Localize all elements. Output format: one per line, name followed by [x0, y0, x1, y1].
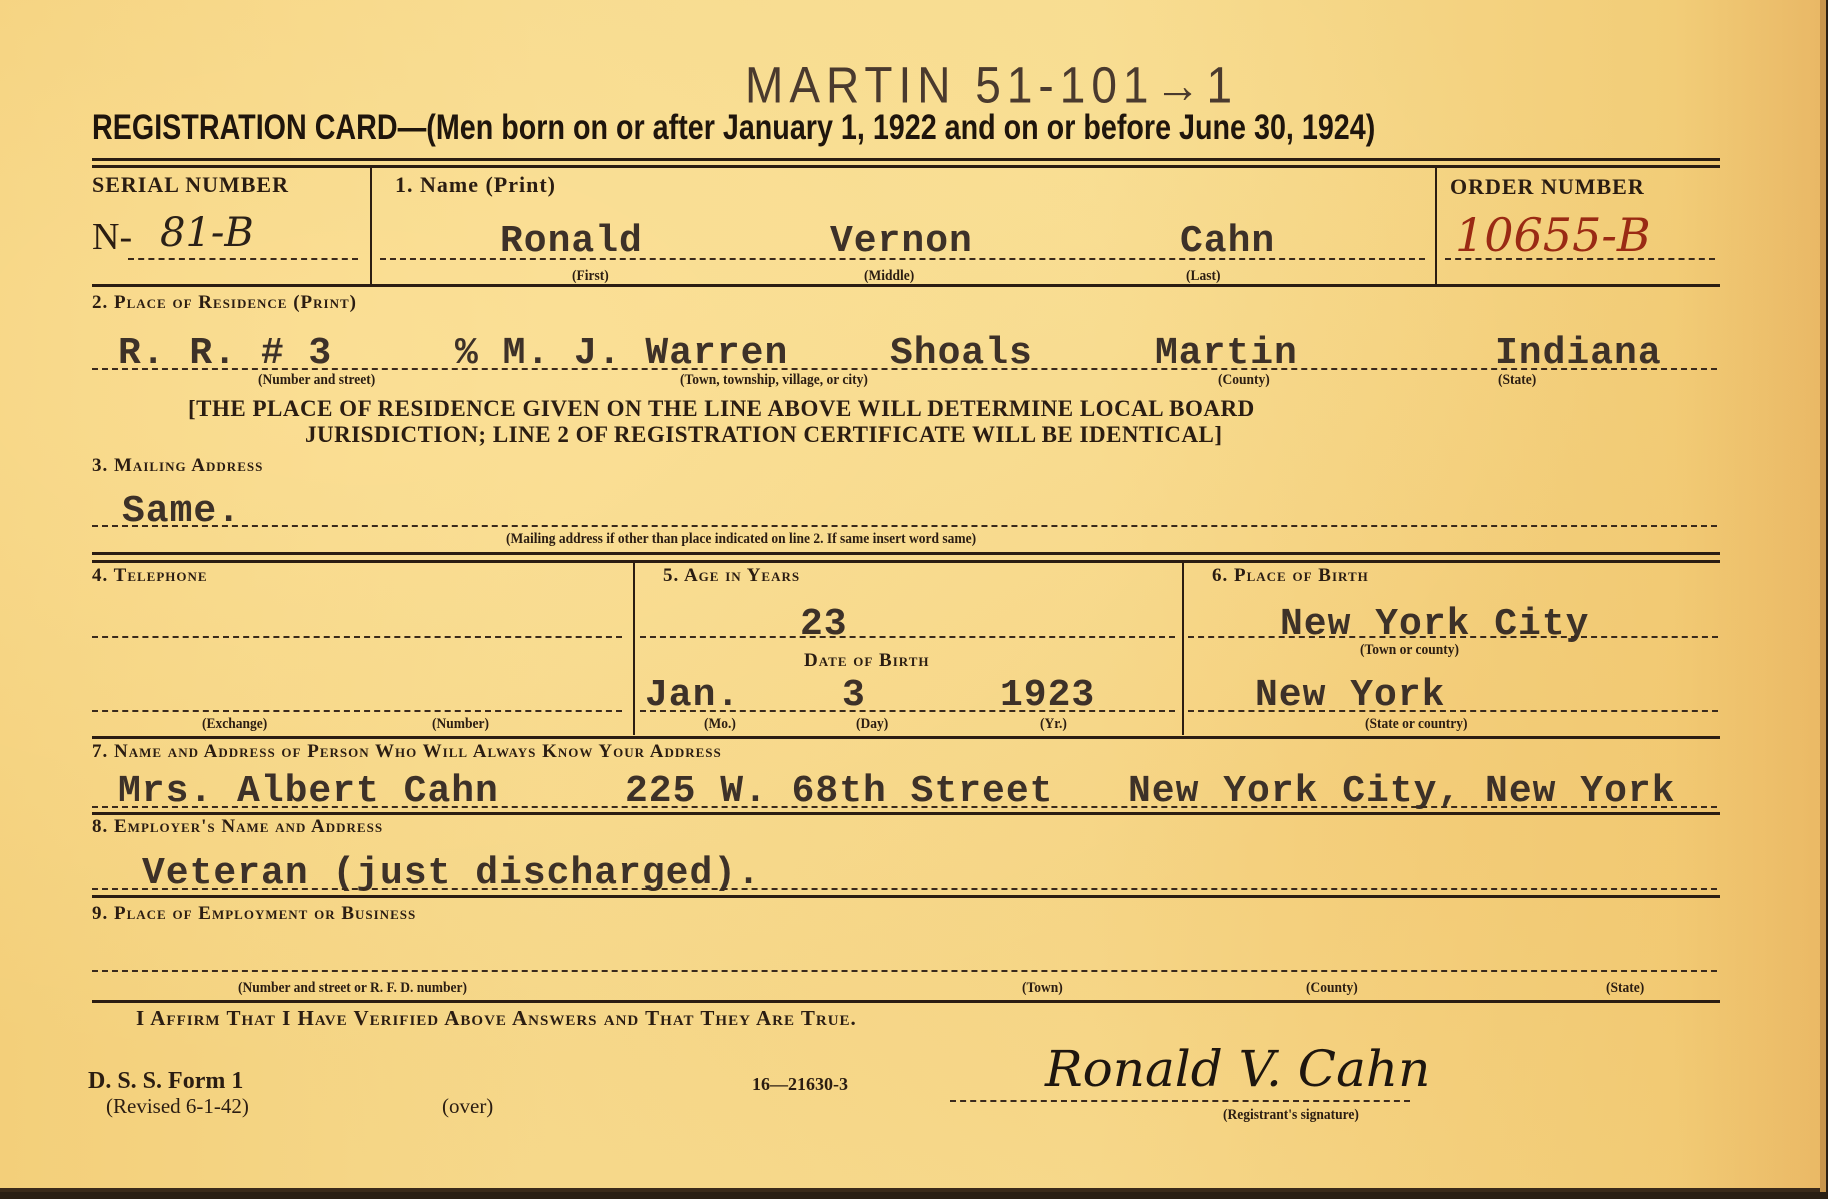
divider: [633, 563, 635, 735]
month-caption: (Mo.): [704, 716, 736, 733]
birthplace-state-line: [1188, 710, 1718, 712]
row-rule: [92, 812, 1720, 815]
top-rule: [92, 158, 1720, 161]
number-caption: (Number): [432, 716, 489, 733]
serial-prefix: N-: [92, 215, 132, 259]
row-rule: [92, 1000, 1720, 1003]
age-value: 23: [800, 603, 848, 646]
year-caption: (Yr.): [1040, 716, 1067, 733]
exchange-caption: (Exchange): [202, 716, 267, 733]
row-rule: [92, 552, 1720, 555]
registrant-signature: Ronald V. Cahn: [1045, 1040, 1430, 1098]
row-rule: [92, 284, 1720, 287]
mailing-line: [92, 525, 1717, 527]
mailing-label: 3. Mailing Address: [92, 455, 263, 477]
order-number-label: ORDER NUMBER: [1450, 174, 1645, 200]
form-number: D. S. S. Form 1: [88, 1068, 243, 1095]
registration-card: MARTIN 51-101→1 REGISTRATION CARD—(Men b…: [0, 0, 1826, 1192]
row-rule: [92, 736, 1720, 739]
serial-number-label: SERIAL NUMBER: [92, 172, 289, 198]
age-line: [640, 636, 1175, 638]
dob-line: [640, 710, 1175, 712]
jurisdiction-notice-line1: [THE PLACE OF RESIDENCE GIVEN ON THE LIN…: [188, 396, 1255, 422]
card-bottom-edge: [0, 1188, 1820, 1192]
last-name: Cahn: [1180, 220, 1275, 263]
mailing-caption: (Mailing address if other than place ind…: [506, 531, 976, 548]
employment-town-caption: (Town): [1022, 980, 1063, 997]
telephone-line-2: [92, 710, 622, 712]
state-caption: (State): [1498, 372, 1536, 389]
print-code: 16—21630-3: [752, 1074, 848, 1095]
jurisdiction-notice-line2: JURISDICTION; LINE 2 OF REGISTRATION CER…: [305, 422, 1223, 448]
row-rule-2: [92, 560, 1720, 563]
town-caption: (Town, township, village, or city): [680, 372, 868, 389]
employer-label: 8. Employer's Name and Address: [92, 816, 383, 838]
serial-number-value: 81-B: [160, 210, 254, 256]
first-name: Ronald: [500, 220, 643, 263]
birthplace-town-caption: (Town or county): [1360, 642, 1459, 659]
contact-label: 7. Name and Address of Person Who Will A…: [92, 741, 722, 763]
county-stamp: MARTIN 51-101→1: [745, 55, 1238, 114]
age-label: 5. Age in Years: [663, 565, 800, 587]
over-note: (over): [442, 1094, 493, 1119]
card-title: REGISTRATION CARD—(Men born on or after …: [92, 108, 1375, 148]
day-caption: (Day): [856, 716, 888, 733]
employment-county-caption: (County): [1306, 980, 1358, 997]
middle-name: Vernon: [830, 220, 973, 263]
employment-place-line: [92, 970, 1717, 972]
affirmation-text: I Affirm That I Have Verified Above Answ…: [136, 1006, 857, 1031]
birthplace-state-caption: (State or country): [1365, 716, 1467, 733]
name-label: 1. Name (Print): [395, 172, 556, 198]
employment-street-caption: (Number and street or R. F. D. number): [238, 980, 467, 997]
county-caption: (County): [1218, 372, 1270, 389]
order-number-value: 10655-B: [1455, 208, 1651, 262]
residence-town: Shoals: [890, 332, 1033, 375]
telephone-label: 4. Telephone: [92, 565, 208, 587]
first-caption: (First): [572, 268, 609, 285]
street-caption: (Number and street): [258, 372, 375, 389]
signature-caption: (Registrant's signature): [1223, 1107, 1359, 1124]
contact-line: [92, 806, 1717, 808]
birthplace-label: 6. Place of Birth: [1212, 565, 1369, 587]
last-caption: (Last): [1186, 268, 1220, 285]
divider: [370, 168, 372, 284]
employer-line: [92, 888, 1717, 890]
residence-care-of: % M. J. Warren: [455, 332, 788, 375]
birthplace-town-line: [1188, 636, 1718, 638]
divider: [1435, 168, 1437, 284]
middle-caption: (Middle): [864, 268, 914, 285]
signature-line: [950, 1100, 1410, 1102]
residence-county: Martin: [1155, 332, 1298, 375]
telephone-line-1: [92, 636, 622, 638]
dob-label: Date of Birth: [804, 650, 930, 672]
order-line: [1445, 258, 1715, 260]
residence-label: 2. Place of Residence (Print): [92, 292, 357, 314]
divider: [1182, 563, 1184, 735]
form-revised: (Revised 6-1-42): [106, 1094, 249, 1119]
top-rule-2: [92, 165, 1720, 168]
birthplace-town: New York City: [1280, 603, 1589, 646]
row-rule: [92, 895, 1720, 898]
residence-state: Indiana: [1495, 332, 1662, 375]
residence-street: R. R. # 3: [118, 332, 332, 375]
employment-state-caption: (State): [1606, 980, 1644, 997]
serial-line: [128, 258, 358, 260]
employment-place-label: 9. Place of Employment or Business: [92, 903, 416, 925]
